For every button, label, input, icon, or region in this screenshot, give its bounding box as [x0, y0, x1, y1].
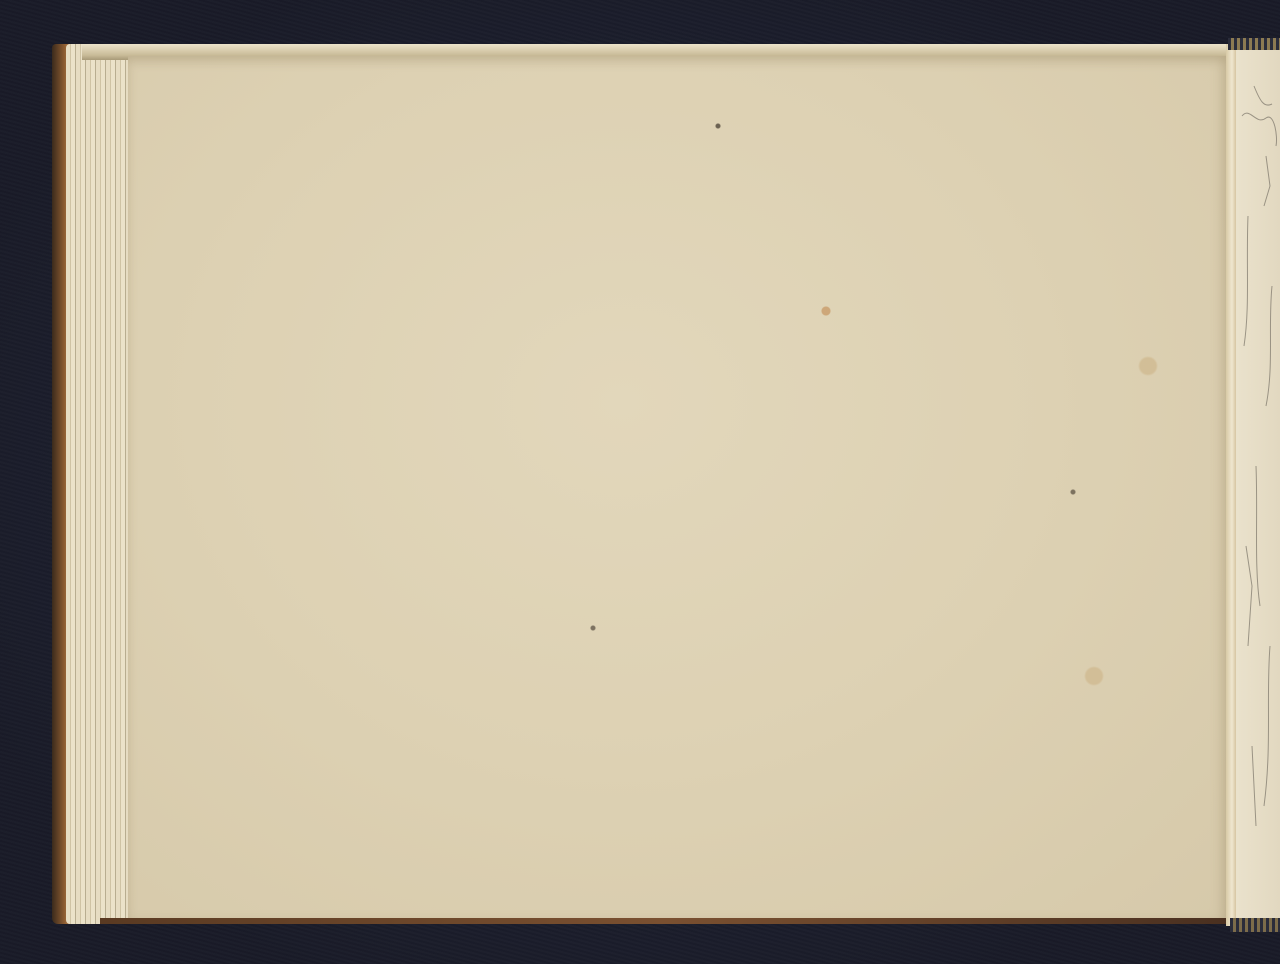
binding-thread-top	[1228, 38, 1280, 50]
binding-thread-bottom	[1230, 918, 1280, 932]
blank-left-page	[128, 56, 1228, 922]
pencil-sketch-fragment	[1236, 46, 1280, 926]
cover-bottom-edge	[100, 918, 1230, 924]
facing-right-page	[1236, 46, 1280, 926]
